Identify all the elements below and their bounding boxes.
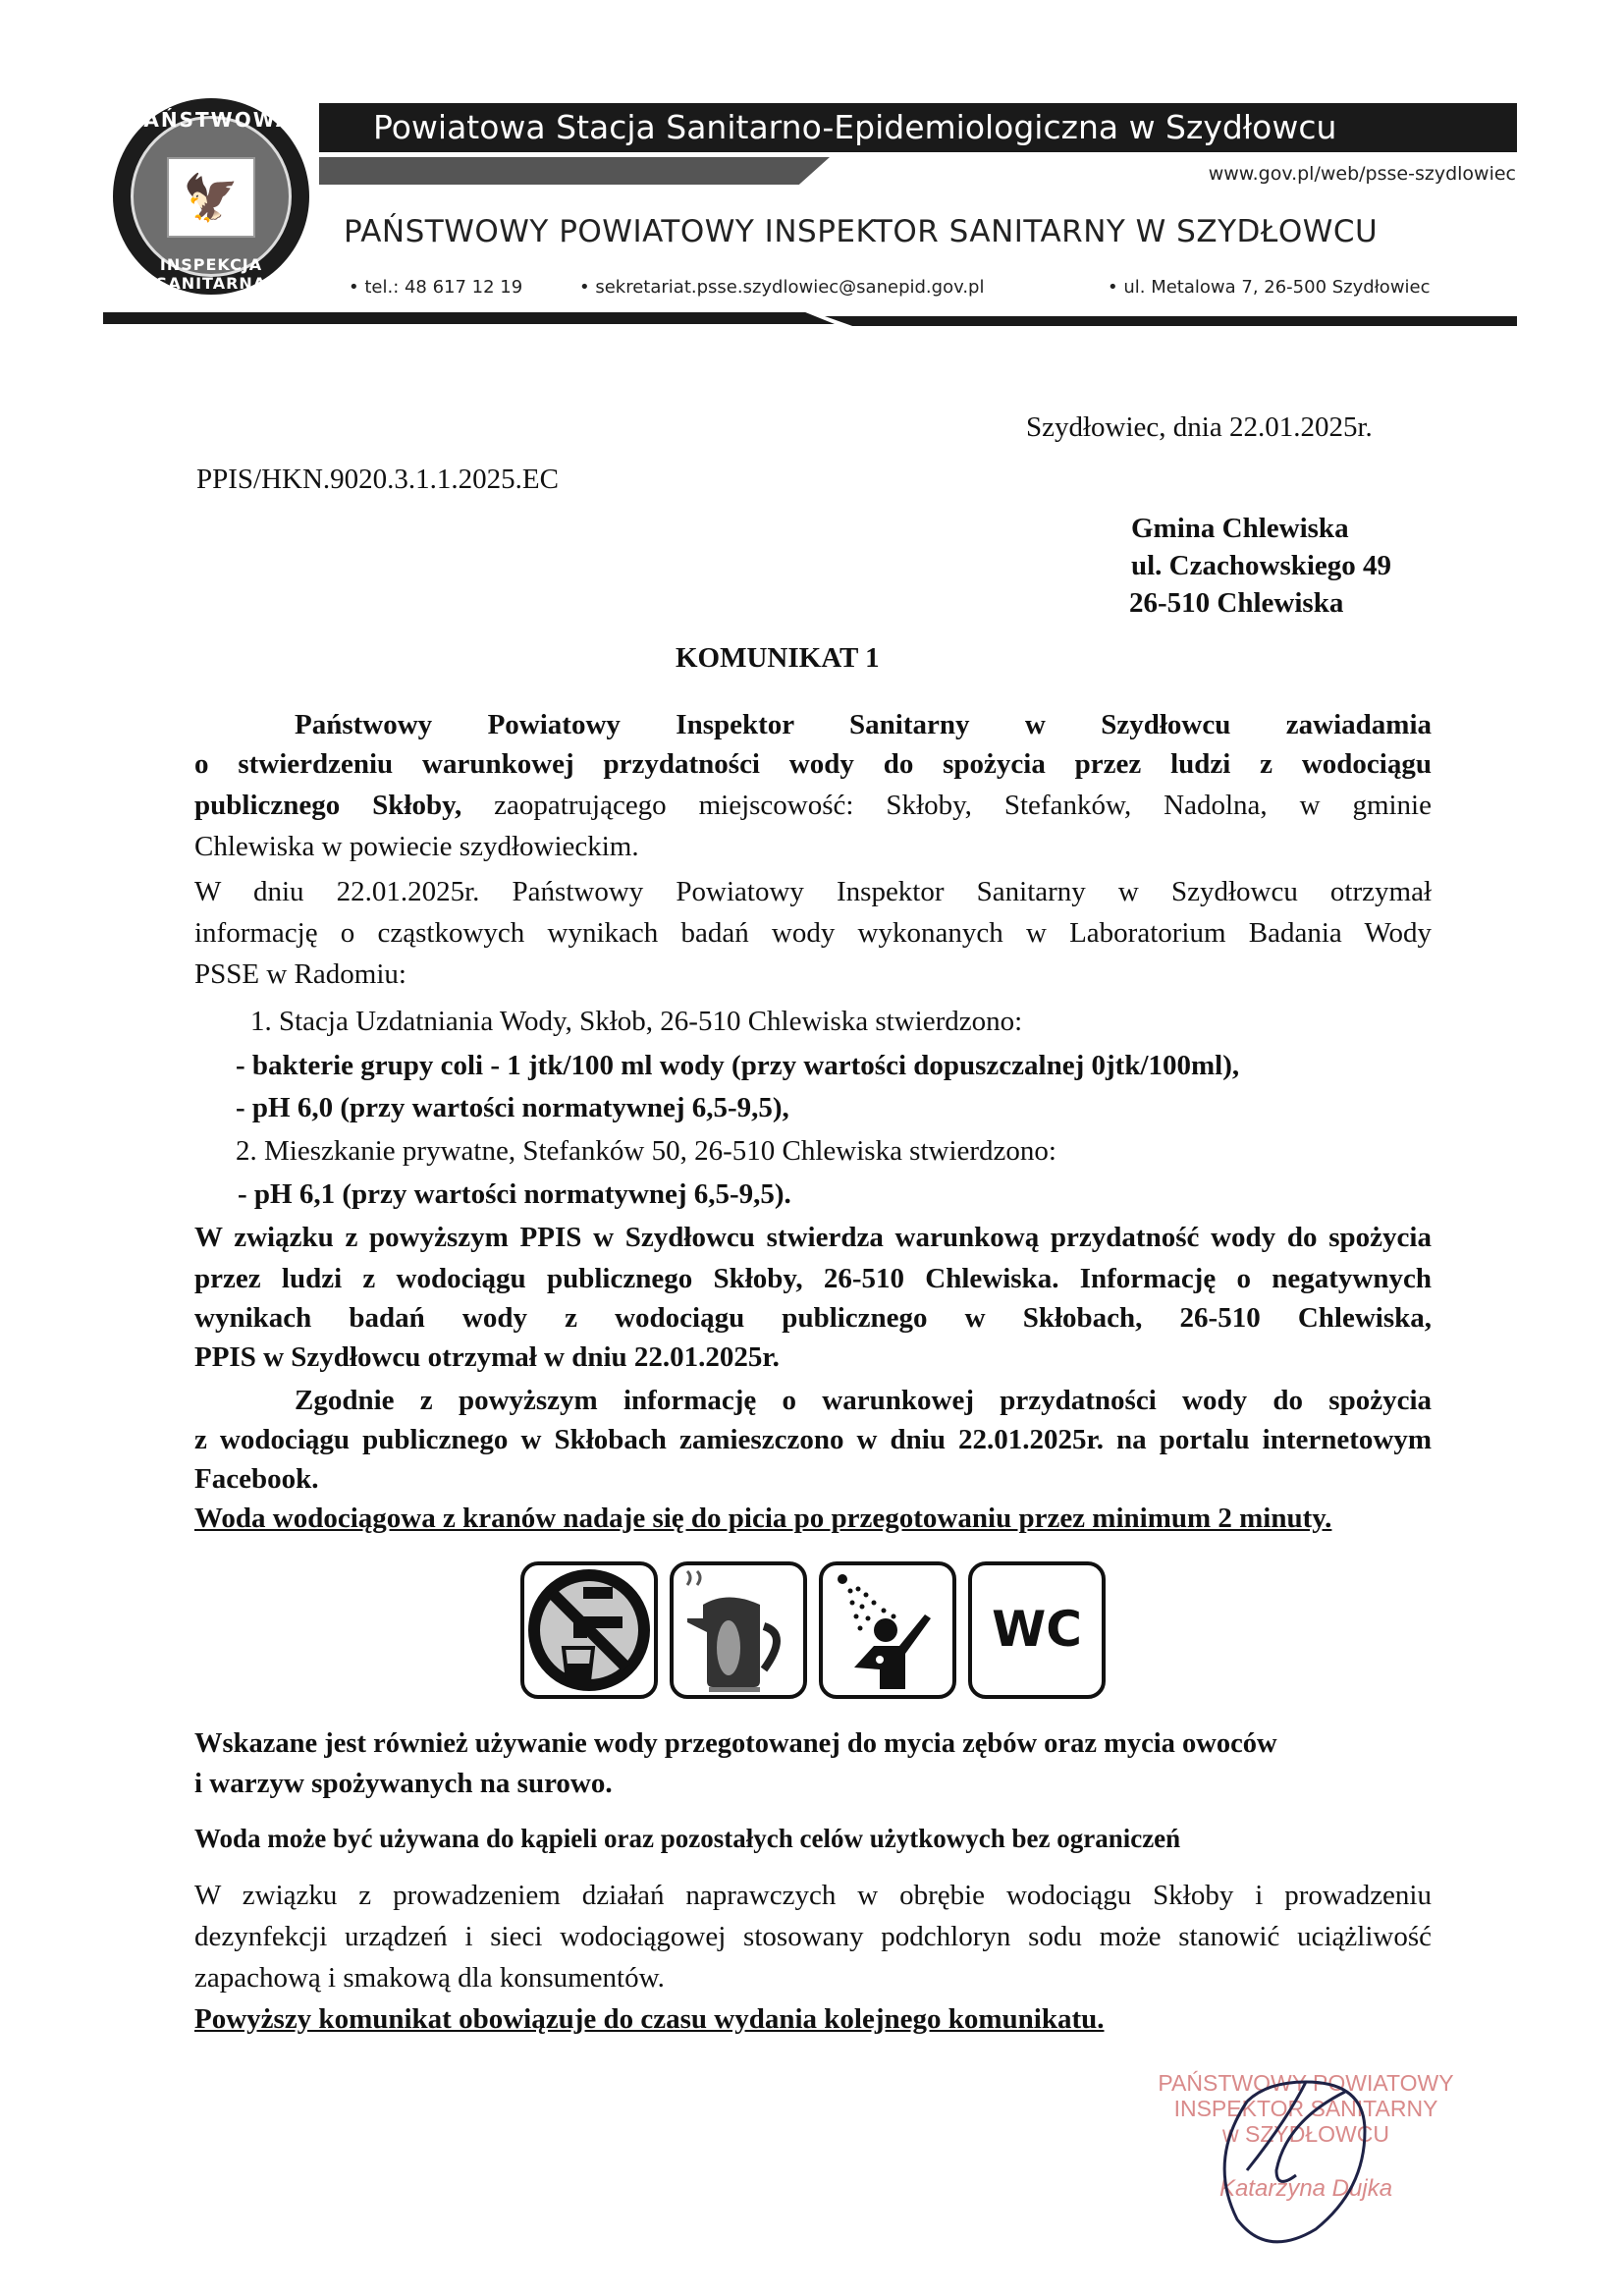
pictogram-row: WC [520, 1561, 1106, 1699]
recipient-street: ul. Czachowskiego 49 [1131, 546, 1391, 585]
document-title: KOMUNIKAT 1 [676, 638, 880, 678]
place-date: Szydłowiec, dnia 22.01.2025r. [1026, 408, 1373, 447]
eagle-emblem-icon: 🦅 [167, 157, 255, 238]
no-drinking-tap-water-icon [520, 1561, 658, 1699]
handwritten-signature [1208, 2062, 1404, 2259]
intro-line: Państwowy Powiatowy Inspektor Sanitarny … [295, 705, 1432, 744]
publication-line: Facebook. [194, 1459, 318, 1499]
finding-item: - pH 6,1 (przy wartości normatywnej 6,5-… [238, 1175, 791, 1214]
received-line: W dniu 22.01.2025r. Państwowy Powiatowy … [194, 872, 1432, 911]
address: • ul. Metalowa 7, 26-500 Szydłowiec [1108, 277, 1431, 298]
usage-note: Woda może być używana do kąpieli oraz po… [194, 1819, 1180, 1858]
phone: • tel.: 48 617 12 19 [349, 277, 522, 298]
conclusion-line: wynikach badań wody z wodociągu publiczn… [194, 1298, 1432, 1338]
intro-bold: publicznego Skłoby, [194, 790, 461, 821]
finding-label: 2. Mieszkanie prywatne, Stefanków 50, 26… [236, 1131, 1056, 1171]
disinfection-line: W związku z prowadzeniem działań naprawc… [194, 1876, 1432, 1915]
kettle-boil-icon [670, 1561, 807, 1699]
wc-label: WC [972, 1601, 1102, 1658]
disinfection-line: zapachową i smakową dla konsumentów. [194, 1958, 665, 1997]
psse-logo: 🦅 PAŃSTWOWA INSPEKCJA SANITARNA [113, 98, 309, 295]
intro-line: Chlewiska w powiecie szydłowieckim. [194, 827, 639, 866]
finding-label: 1. Stacja Uzdatniania Wody, Skłob, 26-51… [250, 1002, 1022, 1041]
logo-top-text: PAŃSTWOWA [113, 108, 309, 132]
intro-rest: zaopatrującego miejscowość: Skłoby, Stef… [461, 790, 1432, 821]
publication-line: Zgodnie z powyższym informację o warunko… [295, 1381, 1432, 1420]
header-accent-bar [319, 157, 830, 185]
website-link[interactable]: www.gov.pl/web/psse-szydlowiec [1209, 163, 1516, 185]
recommendation-line: Wskazane jest również używanie wody prze… [194, 1724, 1277, 1764]
finding-item: - pH 6,0 (przy wartości normatywnej 6,5-… [236, 1088, 789, 1127]
recipient-name: Gmina Chlewiska [1131, 509, 1349, 548]
conclusion-line: przez ludzi z wodociągu publicznego Skło… [194, 1259, 1432, 1298]
inspector-title: PAŃSTWOWY POWIATOWY INSPEKTOR SANITARNY … [344, 214, 1378, 249]
intro-line: publicznego Skłoby, zaopatrującego miejs… [194, 786, 1432, 825]
header-divider [825, 316, 1517, 326]
validity-notice: Powyższy komunikat obowiązuje do czasu w… [194, 1999, 1105, 2039]
boil-notice: Woda wodociągowa z kranów nadaje się do … [194, 1499, 1331, 1538]
recommendation-line: i warzyw spożywanych na surowo. [194, 1764, 613, 1803]
publication-line: z wodociągu publicznego w Skłobach zamie… [194, 1420, 1432, 1459]
logo-bottom-text: INSPEKCJA SANITARNA [113, 255, 309, 293]
reference-number: PPIS/HKN.9020.3.1.1.2025.EC [196, 460, 559, 499]
conclusion-line: PPIS w Szydłowcu otrzymał w dniu 22.01.2… [194, 1338, 780, 1377]
received-line: PSSE w Radomiu: [194, 955, 406, 994]
disinfection-line: dezynfekcji urządzeń i sieci wodociągowe… [194, 1917, 1432, 1956]
intro-line: o stwierdzeniu warunkowej przydatności w… [194, 744, 1432, 784]
header-divider [103, 312, 835, 324]
recipient-city: 26-510 Chlewiska [1129, 583, 1343, 623]
shower-icon [819, 1561, 956, 1699]
email[interactable]: • sekretariat.psse.szydlowiec@sanepid.go… [579, 277, 985, 298]
conclusion-line: W związku z powyższym PPIS w Szydłowcu s… [194, 1218, 1432, 1257]
received-line: informację o cząstkowych wynikach badań … [194, 913, 1432, 953]
finding-item: - bakterie grupy coli - 1 jtk/100 ml wod… [236, 1046, 1239, 1085]
wc-icon: WC [968, 1561, 1106, 1699]
station-name: Powiatowa Stacja Sanitarno-Epidemiologic… [319, 103, 1517, 152]
